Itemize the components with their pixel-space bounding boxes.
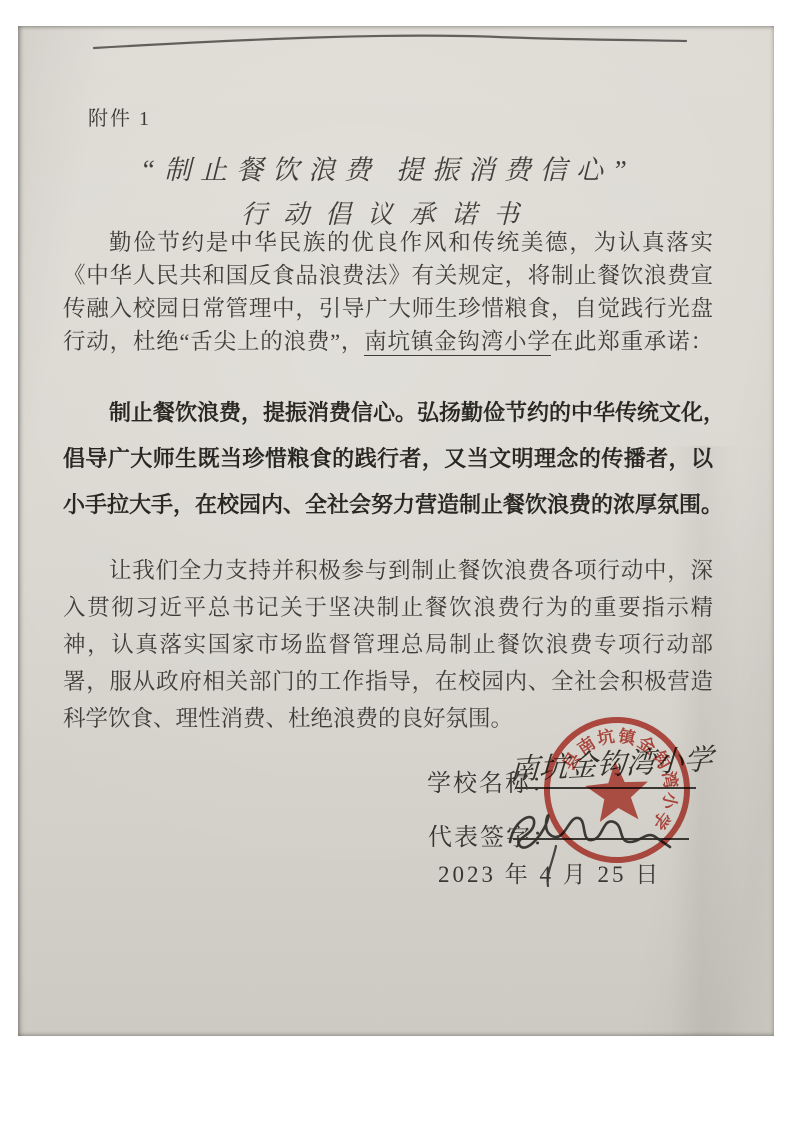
body-line: 让我们全力支持并积极参与到制止餐饮浪费各项行动中，深	[63, 552, 713, 589]
body-line: 《中华人民共和国反食品浪费法》有关规定，将制止餐饮浪费宣	[63, 259, 713, 292]
official-stamp: 县南坑镇金钩湾小学	[532, 705, 703, 876]
body-line: 行动，杜绝“舌尖上的浪费”，南坑镇金钩湾小学在此郑重承诺：	[63, 325, 713, 358]
stamp-star	[584, 759, 651, 823]
body-line: 神，认真落实国家市场监督管理总局制止餐饮浪费专项行动部	[63, 626, 713, 663]
body-line: 制止餐饮浪费，提振消费信心。弘扬勤俭节约的中华传统文化，	[63, 390, 713, 436]
attachment-label: 附件 1	[88, 102, 151, 131]
paragraph-2-bold: 制止餐饮浪费，提振消费信心。弘扬勤俭节约的中华传统文化， 倡导广大师生既当珍惜粮…	[63, 390, 713, 528]
line-segment: 在此郑重承诺：	[551, 329, 713, 354]
line-segment: 行动，杜绝“舌尖上的浪费”，	[63, 329, 364, 354]
doc-title-line1: “制止餐饮浪费 提振消费信心”	[63, 148, 713, 187]
paper-top-edge-line	[18, 26, 774, 66]
body-line: 倡导广大师生既当珍惜粮食的践行者，又当文明理念的传播者，以	[63, 436, 713, 482]
school-name-underlined: 南坑镇金钩湾小学	[364, 329, 550, 356]
body-line: 入贯彻习近平总书记关于坚决制止餐饮浪费行为的重要指示精	[63, 589, 713, 626]
body-line: 传融入校园日常管理中，引导广大师生珍惜粮食，自觉践行光盘	[63, 292, 713, 325]
document-photo-paper: 附件 1 “制止餐饮浪费 提振消费信心” 行动倡议承诺书 勤俭节约是中华民族的优…	[18, 26, 774, 1036]
body-line: 署，服从政府相关部门的工作指导，在校园内、全社会积极营造	[63, 663, 713, 700]
body-line: 勤俭节约是中华民族的优良作风和传统美德，为认真落实	[63, 226, 713, 259]
body-line: 小手拉大手，在校园内、全社会努力营造制止餐饮浪费的浓厚氛围。	[63, 482, 713, 528]
paragraph-1: 勤俭节约是中华民族的优良作风和传统美德，为认真落实 《中华人民共和国反食品浪费法…	[63, 226, 713, 358]
screenshot-root: { "photo": { "paper_color": "#d9d6cf", "…	[0, 0, 793, 1121]
